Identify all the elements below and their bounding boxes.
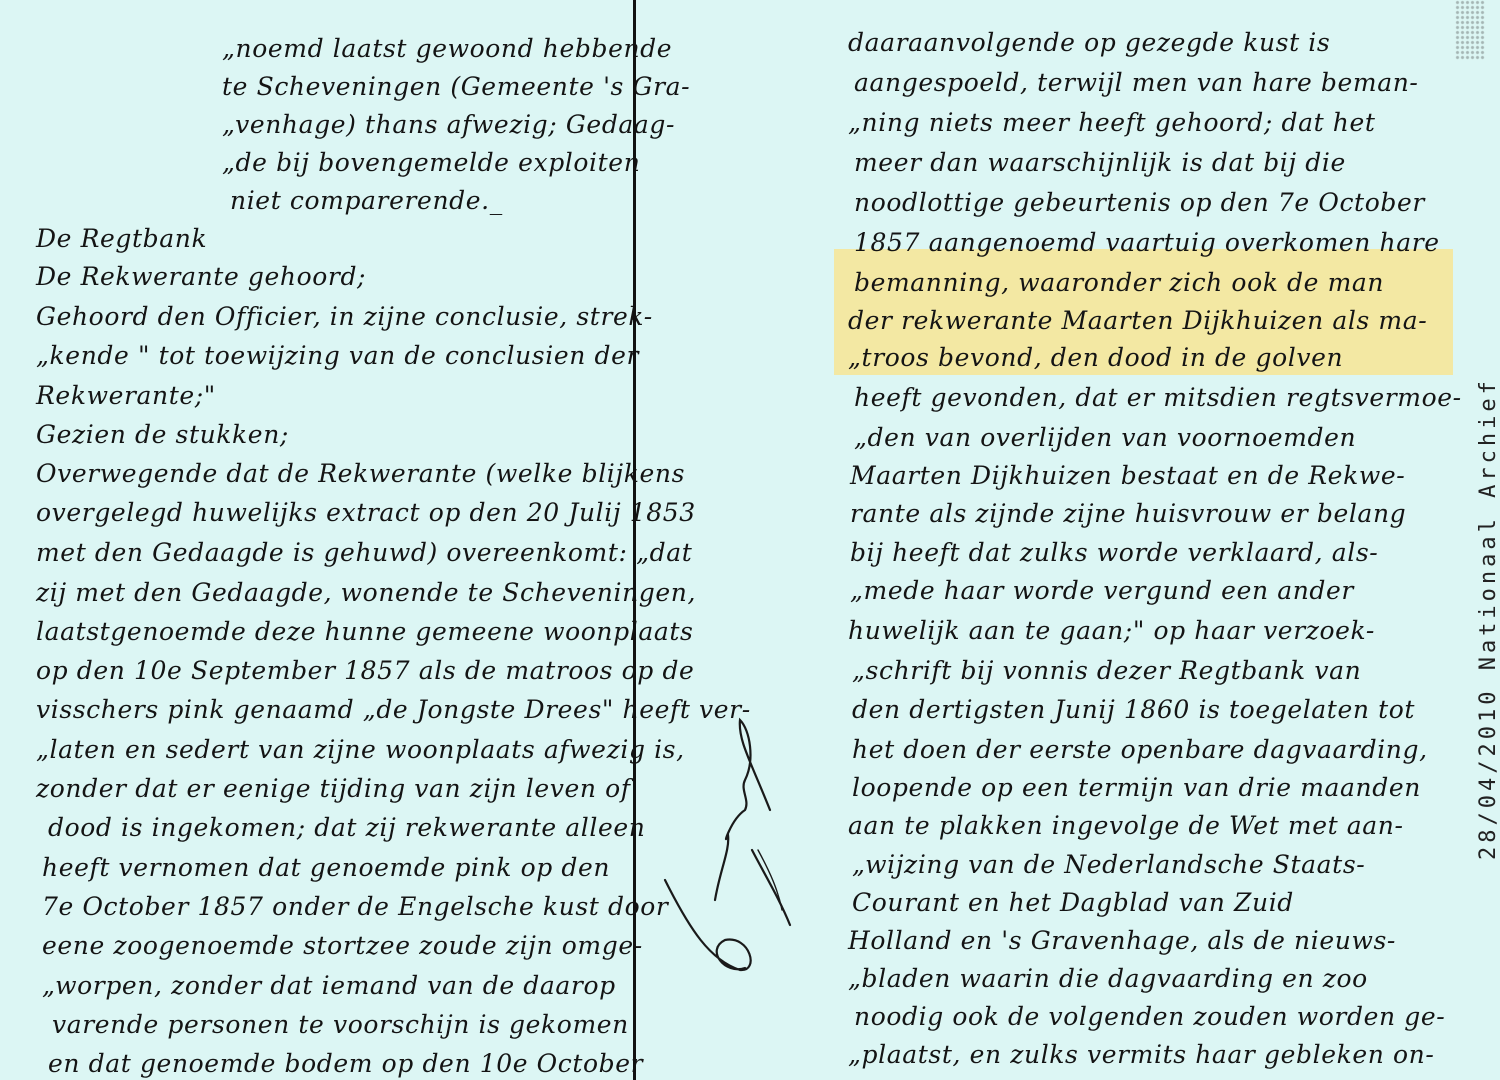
text-line: „schrift bij vonnis dezer Regtbank van	[852, 658, 1361, 683]
text-line: heeft gevonden, dat er mitsdien regtsver…	[854, 385, 1462, 410]
text-line: aangespoeld, terwijl men van hare beman-	[854, 70, 1418, 95]
text-line: huwelijk aan te gaan;" op haar verzoek-	[848, 618, 1375, 643]
text-line: laatstgenoemde deze hunne gemeene woonpl…	[36, 619, 693, 644]
text-line: „de bij bovengemelde exploiten	[222, 150, 640, 175]
text-line: zonder dat er eenige tijding van zijn le…	[36, 776, 631, 801]
text-line: loopende op een termijn van drie maanden	[852, 775, 1421, 800]
text-line: aan te plakken ingevolge de Wet met aan-	[848, 813, 1404, 838]
text-line: noodlottige gebeurtenis op den 7e Octobe…	[854, 190, 1425, 215]
highlighted-line: bemanning, waaronder zich ook de man	[854, 270, 1384, 295]
text-line: Holland en 's Gravenhage, als de nieuws-	[848, 928, 1396, 953]
scan-artifact	[1455, 0, 1485, 60]
text-line: varende personen te voorschijn is gekome…	[52, 1012, 629, 1037]
text-line: eene zoogenoemde stortzee zoude zijn omg…	[42, 933, 643, 958]
text-line: overgelegd huwelijks extract op den 20 J…	[36, 500, 696, 525]
text-line: „den van overlijden van voornoemden	[854, 425, 1356, 450]
text-line: Courant en het Dagblad van Zuid	[852, 890, 1294, 915]
left-page: „noemd laatst gewoond hebbende te Scheve…	[0, 0, 634, 1080]
section-heading: De Regtbank	[36, 226, 207, 251]
text-line: „venhage) thans afwezig; Gedaag-	[222, 112, 675, 137]
text-line: „wijzing van de Nederlandsche Staats-	[852, 852, 1365, 877]
text-line: 7e October 1857 onder de Engelsche kust …	[42, 894, 668, 919]
highlighted-line: der rekwerante Maarten Dijkhuizen als ma…	[848, 308, 1427, 333]
text-line: daaraanvolgende op gezegde kust is	[848, 30, 1330, 55]
archive-watermark: 28/04/2010 Nationaal Archief	[1476, 377, 1500, 860]
highlighted-line: „troos bevond, den dood in de golven	[848, 345, 1343, 370]
text-line: en dat genoemde bodem op den 10e October	[48, 1051, 643, 1076]
text-line: met den Gedaagde is gehuwd) overeenkomt:…	[36, 540, 692, 565]
text-line: op den 10e September 1857 als de matroos…	[36, 658, 694, 683]
text-line: Overwegende dat de Rekwerante (welke bli…	[36, 461, 685, 486]
text-line: den dertigsten Junij 1860 is toegelaten …	[852, 697, 1415, 722]
text-line: rante als zijnde zijne huisvrouw er bela…	[850, 501, 1406, 526]
right-page: daaraanvolgende op gezegde kust is aange…	[638, 0, 1500, 1080]
text-line: Gehoord den Officier, in zijne conclusie…	[36, 304, 653, 329]
text-line: dood is ingekomen; dat zij rekwerante al…	[48, 815, 645, 840]
text-line: Maarten Dijkhuizen bestaat en de Rekwe-	[850, 463, 1405, 488]
text-line: „noemd laatst gewoond hebbende	[222, 36, 672, 61]
text-line: Gezien de stukken;	[36, 422, 289, 447]
text-line: het doen der eerste openbare dagvaarding…	[852, 737, 1428, 762]
text-line: meer dan waarschijnlijk is dat bij die	[854, 150, 1346, 175]
page-divider	[633, 0, 636, 1080]
text-line: noodig ook de volgenden zouden worden ge…	[854, 1004, 1445, 1029]
text-line: De Rekwerante gehoord;	[36, 264, 366, 289]
text-line: zij met den Gedaagde, wonende te Scheven…	[36, 580, 696, 605]
text-line: Rekwerante;"	[36, 383, 216, 408]
text-line: „kende " tot toewijzing van de conclusie…	[36, 343, 639, 368]
text-line: „plaatst, en zulks vermits haar gebleken…	[848, 1042, 1434, 1067]
text-line: „bladen waarin die dagvaarding en zoo	[848, 966, 1368, 991]
text-line: 1857 aangenoemd vaartuig overkomen hare	[854, 230, 1440, 255]
text-line: heeft vernomen dat genoemde pink op den	[42, 855, 610, 880]
text-line: „mede haar worde vergund een ander	[850, 578, 1354, 603]
text-line: „worpen, zonder dat iemand van de daarop	[42, 973, 616, 998]
text-line: „laten en sedert van zijne woonplaats af…	[36, 737, 685, 762]
text-line: niet comparerende._	[230, 188, 503, 213]
text-line: te Scheveningen (Gemeente 's Gra-	[222, 74, 690, 99]
text-line: bij heeft dat zulks worde verklaard, als…	[850, 540, 1378, 565]
text-line: „ning niets meer heeft gehoord; dat het	[848, 110, 1376, 135]
